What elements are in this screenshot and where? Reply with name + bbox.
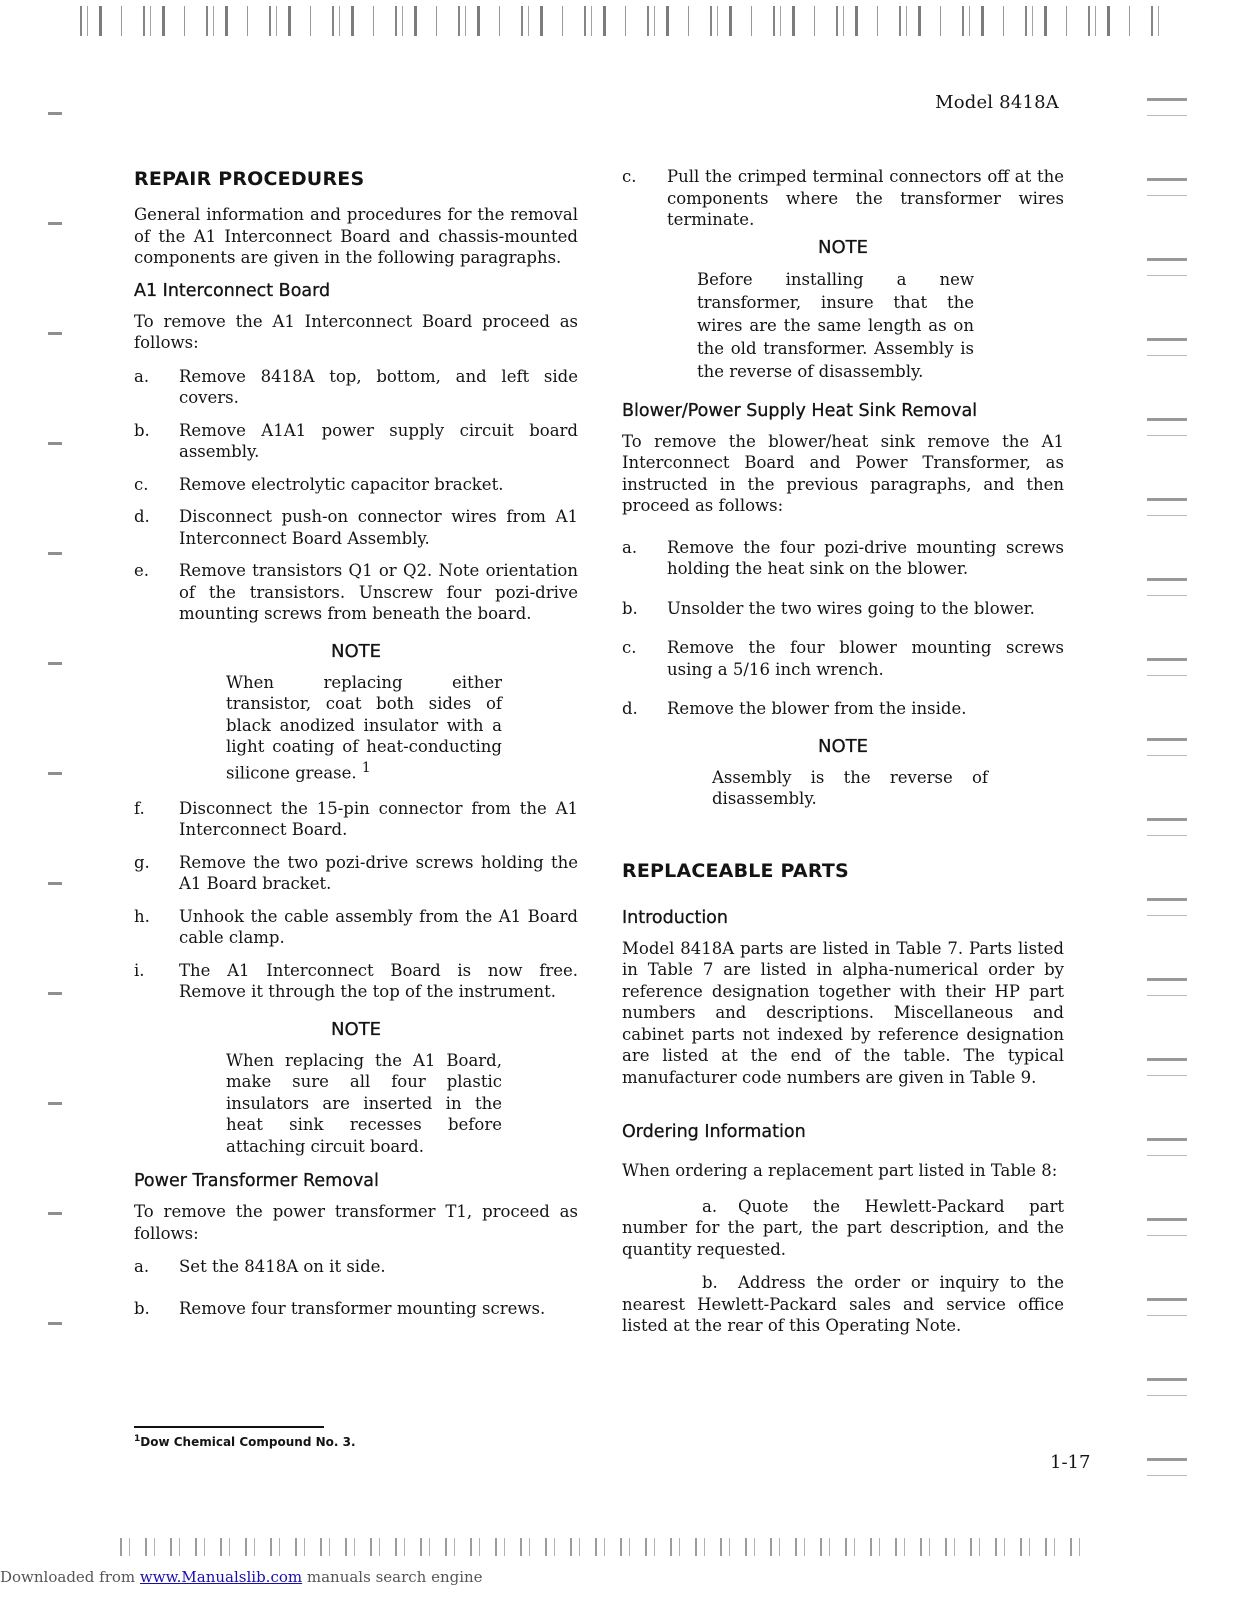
blower-heat-sink-heading: Blower/Power Supply Heat Sink Removal — [622, 401, 1064, 421]
a1-step-g: g.Remove the two pozi-drive screws holdi… — [134, 852, 578, 895]
replaceable-parts-heading: REPLACEABLE PARTS — [622, 860, 1064, 882]
a1-intro: To remove the A1 Interconnect Board proc… — [134, 311, 578, 354]
scan-artifact-left — [48, 60, 62, 1380]
transformer-step-c: c.Pull the crimped terminal connectors o… — [622, 166, 1064, 231]
repair-intro: General information and procedures for t… — [134, 204, 578, 269]
repair-procedures-heading: REPAIR PROCEDURES — [134, 168, 578, 190]
note-heading: NOTE — [134, 641, 578, 662]
page-header-model: Model 8418A — [935, 92, 1059, 113]
note-heading: NOTE — [134, 1019, 578, 1040]
a1-step-d: d.Disconnect push-on connector wires fro… — [134, 506, 578, 549]
a1-interconnect-heading: A1 Interconnect Board — [134, 281, 578, 301]
note-transformer-wires: Before installing a new transformer, ins… — [697, 268, 974, 383]
ordering-step-b: b.Address the order or inquiry to the ne… — [622, 1272, 1064, 1337]
power-transformer-heading: Power Transformer Removal — [134, 1171, 578, 1191]
scan-artifact-top — [80, 6, 1160, 36]
transformer-intro: To remove the power transformer T1, proc… — [134, 1201, 578, 1244]
blower-step-a: a.Remove the four pozi-drive mounting sc… — [622, 537, 1064, 580]
note-blower-assembly: Assembly is the reverse of disassembly. — [712, 767, 988, 810]
a1-step-f: f.Disconnect the 15-pin connector from t… — [134, 798, 578, 841]
transformer-step-a: a.Set the 8418A on it side. — [134, 1256, 578, 1278]
note-heading: NOTE — [622, 736, 1064, 757]
a1-step-i: i.The A1 Interconnect Board is now free.… — [134, 960, 578, 1003]
blower-step-d: d.Remove the blower from the inside. — [622, 698, 1064, 720]
scan-artifact-bottom — [120, 1538, 1080, 1556]
manualslib-link[interactable]: www.Manualslib.com — [140, 1568, 302, 1586]
a1-step-c: c.Remove electrolytic capacitor bracket. — [134, 474, 578, 496]
footnote: 1Dow Chemical Compound No. 3. — [134, 1434, 356, 1449]
ordering-information-heading: Ordering Information — [622, 1122, 1064, 1142]
blower-step-c: c.Remove the four blower mounting screws… — [622, 637, 1064, 680]
a1-step-h: h.Unhook the cable assembly from the A1 … — [134, 906, 578, 949]
a1-step-a: a.Remove 8418A top, bottom, and left sid… — [134, 366, 578, 409]
transformer-step-b: b.Remove four transformer mounting screw… — [134, 1298, 578, 1320]
footnote-divider — [134, 1426, 324, 1428]
ordering-step-a: a.Quote the Hewlett-Packard part number … — [622, 1196, 1064, 1261]
footnote-reference: 1 — [362, 760, 371, 776]
scan-artifact-right — [1147, 60, 1187, 1520]
ordering-intro: When ordering a replacement part listed … — [622, 1160, 1064, 1182]
introduction-heading: Introduction — [622, 908, 1064, 928]
introduction-body: Model 8418A parts are listed in Table 7.… — [622, 938, 1064, 1089]
note-heading: NOTE — [622, 237, 1064, 258]
right-column: c.Pull the crimped terminal connectors o… — [622, 166, 1064, 1349]
left-column: REPAIR PROCEDURES General information an… — [134, 168, 578, 1330]
note-transistor-grease: When replacing either transistor, coat b… — [226, 672, 502, 784]
page-number: 1-17 — [1050, 1452, 1090, 1473]
a1-step-b: b.Remove A1A1 power supply circuit board… — [134, 420, 578, 463]
blower-step-b: b.Unsolder the two wires going to the bl… — [622, 598, 1064, 620]
blower-intro: To remove the blower/heat sink remove th… — [622, 431, 1064, 517]
download-banner: Downloaded from www.Manualslib.com manua… — [0, 1568, 483, 1586]
a1-step-e: e.Remove transistors Q1 or Q2. Note orie… — [134, 560, 578, 625]
note-a1-board-insulators: When replacing the A1 Board, make sure a… — [226, 1050, 502, 1158]
